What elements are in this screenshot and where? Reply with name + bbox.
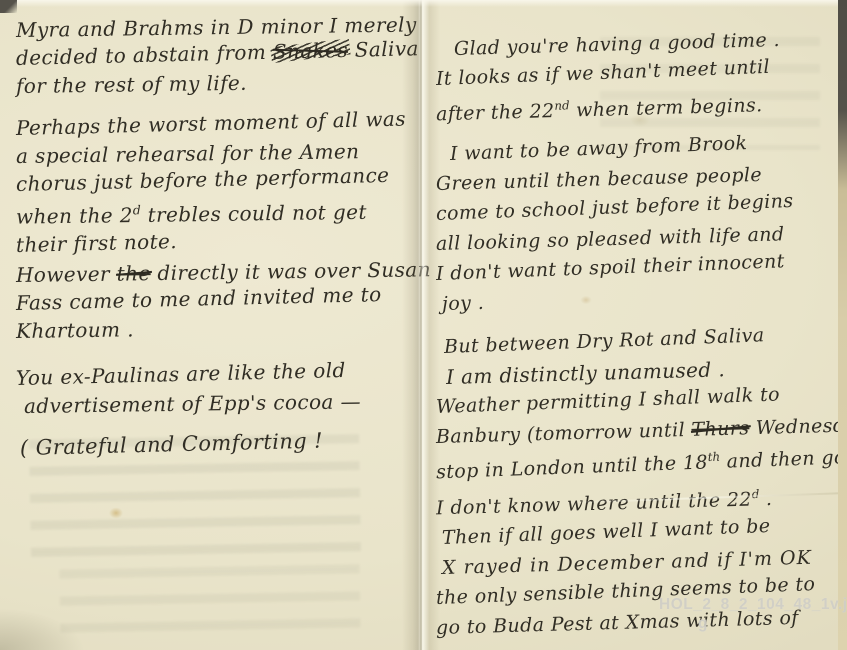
handwriting-text: You ex-Paulinas are like the old [16, 358, 346, 390]
handwritten-line: for the rest of my life. [16, 66, 412, 100]
superscript: d [133, 202, 141, 217]
handwriting-text: But between Dry Rot and Saliva [444, 325, 765, 359]
scan-corner-shadow [0, 590, 120, 650]
superscript: nd [554, 98, 569, 112]
handwritten-line: ( Grateful and Comforting ! [20, 424, 413, 462]
handwriting-text: when the 2 [16, 203, 133, 229]
handwriting-text: and then go [720, 447, 846, 474]
scan-top-edge [0, 0, 847, 7]
handwriting-text: However [16, 261, 117, 286]
handwriting-text: . [759, 488, 772, 510]
handwriting-text: ( Grateful and Comforting ! [20, 428, 324, 459]
handwriting-text: Khartoum . [16, 317, 134, 343]
handwriting-text: joy . [442, 292, 485, 315]
handwriting-text: their first note. [16, 229, 178, 257]
scribbled-out-word: Snakes [273, 36, 349, 66]
filename-watermark-line2: g [698, 614, 847, 633]
fold-crease-line [420, 0, 422, 650]
struck-out-word: the [117, 261, 151, 285]
handwriting-text: Fass came to me and invited me to [16, 282, 382, 315]
handwriting-text: chorus just before the performance [16, 163, 390, 196]
filename-watermark-line1: HOL_2_8_2_104_48_1v.jp [659, 595, 847, 614]
handwriting-text: when term begins. [569, 94, 762, 121]
handwriting-text: stop in London until the 18 [436, 452, 709, 484]
letter-scan: Myra and Brahms in D minor I merelydecid… [0, 0, 847, 650]
handwriting-text: advertisement of Epp's cocoa — [24, 389, 361, 418]
scan-corner-shadow [0, 0, 17, 13]
handwriting-text: for the rest of my life. [16, 71, 247, 98]
right-page: Glad you're having a good time .It looks… [436, 0, 840, 643]
handwritten-line: Khartoum . [16, 311, 412, 345]
superscript: th [707, 450, 720, 464]
handwriting-text: after the 22 [436, 100, 555, 125]
struck-out-word: Thurs [691, 418, 750, 442]
filename-watermark: HOL_2_8_2_104_48_1v.jp g [659, 595, 847, 633]
scan-right-edge [838, 0, 847, 650]
handwriting-text: Perhaps the worst moment of all was [16, 106, 406, 140]
handwriting-text: decided to abstain from [16, 40, 273, 70]
handwriting-text: Wednesday ), [749, 414, 847, 440]
handwritten-line: You ex-Paulinas are like the old [16, 354, 413, 392]
left-page: Myra and Brahms in D minor I merelydecid… [16, 0, 412, 462]
handwriting-text: I want to be away from Brook [450, 132, 748, 165]
handwritten-line: advertisement of Epp's cocoa — [24, 386, 412, 419]
